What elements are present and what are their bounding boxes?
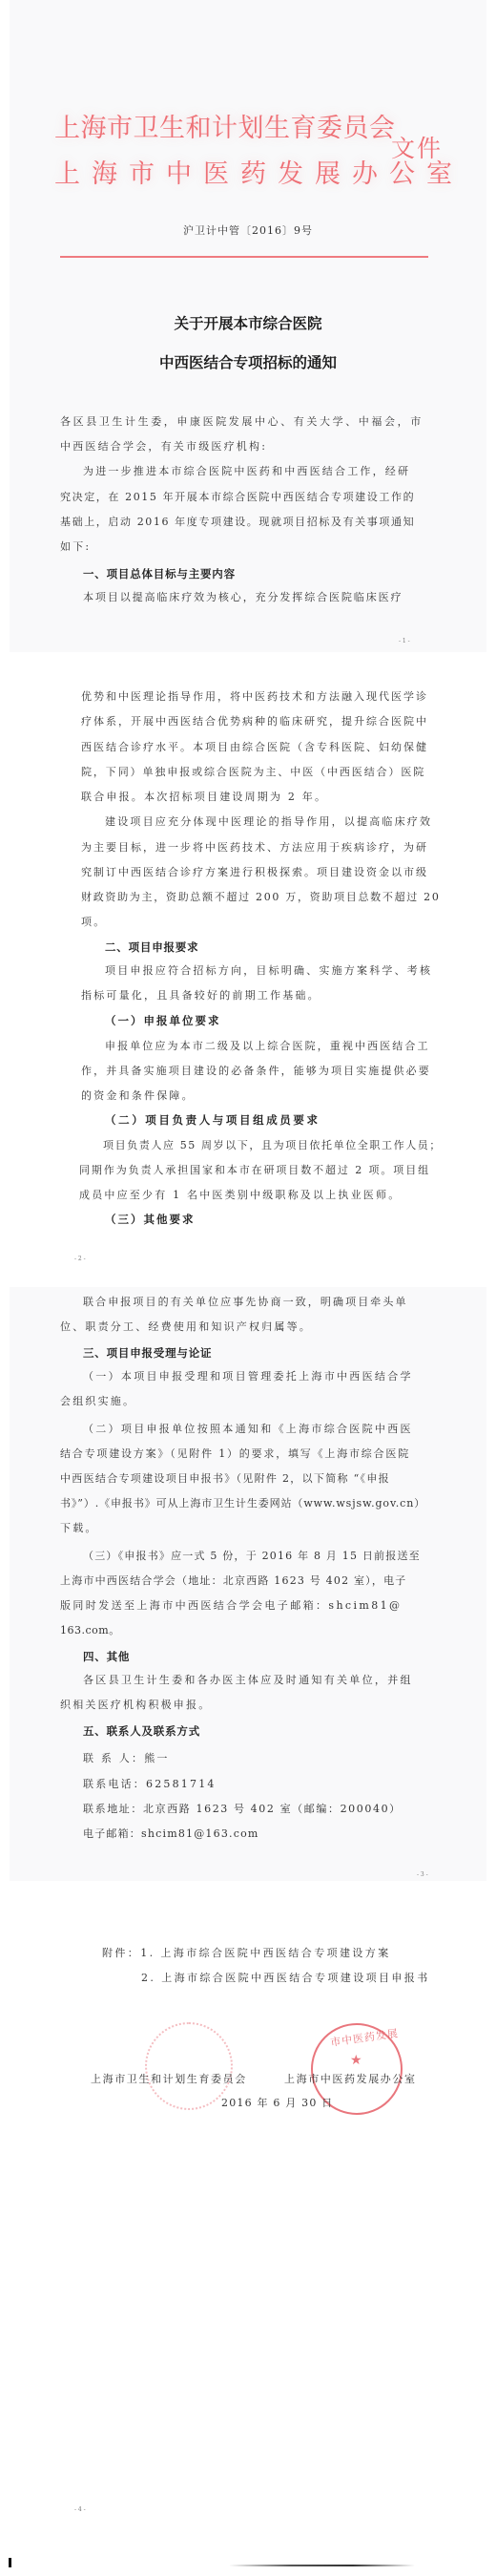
para-line: 下载。 [60, 1516, 98, 1542]
section2-heading: 二、项目申报要求 [105, 940, 198, 955]
para-line: （三）《申报书》应一式 5 份，于 2016 年 8 月 15 日前报送至 [83, 1544, 421, 1570]
title-line1: 关于开展本市综合医院 [0, 312, 496, 333]
para-line: 同期作为负责人承担国家和本市在研项目数不超过 2 项。项目组 [79, 1158, 430, 1184]
contact-email-label: 电子邮箱： [83, 1827, 141, 1840]
contact-phone: 联系电话：62581714 [83, 1772, 217, 1798]
title-line2: 中西医结合专项招标的通知 [0, 351, 496, 372]
attachment-2: 2. 上海市综合医院中西医结合专项建设项目申报书 [141, 1966, 430, 1992]
attachment-line1: 附件：1. 上海市综合医院中西医结合专项建设方案 [102, 1941, 391, 1967]
contact-phone-value: 62581714 [146, 1778, 217, 1790]
para-line: （二）项目申报单位按照本通知和《上海市综合医院中西医 [83, 1417, 413, 1443]
contact-person-value: 熊一 [144, 1752, 169, 1764]
intro-line: 究决定，在 2015 年开展本市综合医院中西医结合专项建设工作的 [60, 485, 415, 511]
intro-line: 如下: [60, 535, 91, 560]
para-line: 版同时发送至上海市中西医结合学会电子邮箱：shcim81@ [60, 1594, 402, 1619]
scan-bottom-shadow [229, 2565, 415, 2566]
para-line: 作，并具备实施项目建设的必备条件，能够为项目实施提供必要 [81, 1059, 431, 1085]
para-line: 的资金和条件保障。 [81, 1084, 195, 1109]
para-line: 项目申报应符合招标方向，目标明确、实施方案科学、考核 [105, 959, 432, 984]
seal-star-icon: ★ [350, 2053, 362, 2068]
letterhead-divider [60, 256, 428, 258]
contact-address-value: 北京西路 1623 号 402 室（邮编：200040） [143, 1803, 402, 1815]
para-line: 优势和中医理论指导作用，将中医药技术和方法融入现代医学诊 [81, 685, 428, 710]
para-line: 指标可量化，且具备较好的前期工作基础。 [81, 983, 320, 1009]
para-line: 位、职责分工、经费使用和知识产权归属等。 [60, 1315, 312, 1341]
para-line: 书》”）.《申报书》可从上海市卫生计生委网站（www.wsjsw.gov.cn） [60, 1491, 425, 1517]
contact-address-label: 联系地址： [83, 1803, 143, 1815]
section3-heading: 三、项目申报受理与论证 [83, 1345, 212, 1361]
page-number: - 4 - [74, 2506, 86, 2513]
sub3-heading: （三）其他要求 [105, 1212, 196, 1227]
letterhead-org-line1: 上海市卫生和计划生育委员会 [54, 107, 396, 144]
para-line: 财政资助为主，资助总额不超过 200 万，资助项目总数不超过 20 [81, 885, 441, 911]
contact-email-value: shcim81@163.com [141, 1827, 259, 1840]
intro-line: 为进一步推进本市综合医院中医药和中西医结合工作，经研 [83, 459, 410, 485]
para-line: 各区县卫生计生委和各办医主体应及时通知有关单位，并组 [83, 1668, 413, 1694]
sub2-heading: （二）项目负责人与项目组成员要求 [105, 1112, 320, 1128]
document-number: 沪卫计中管〔2016〕9号 [0, 222, 496, 238]
para-line: 成员中应至少有 1 名中医类别中级职称及以上执业医师。 [79, 1183, 401, 1209]
para-line: 上海市中西医结合学会（地址：北京西路 1623 号 402 室），电子 [60, 1569, 406, 1594]
section1-first-line: 本项目以提高临床疗效为核心，充分发挥综合医院临床医疗 [83, 585, 403, 611]
sub1-heading: （一）申报单位要求 [105, 1013, 221, 1028]
official-seal-health-commission [145, 2022, 233, 2110]
para-line: 西医结合诊疗水平。本项目由综合医院（含专科医院、妇幼保健 [81, 735, 428, 761]
para-line: 结合专项建设方案》（见附件 1）的要求，填写《上海市综合医院 [60, 1442, 410, 1467]
para-line: 疗体系，开展中西医结合优势病种的临床研究，提升综合医院中 [81, 709, 428, 735]
section4-heading: 四、其他 [83, 1649, 130, 1664]
intro-line: 基础上，启动 2016 年度专项建设。现就项目招标及有关事项通知 [60, 510, 415, 536]
signer-tcm-office: 上海市中医药发展办公室 [284, 2067, 417, 2093]
letterhead-suffix: 文件 [391, 130, 443, 164]
contact-person: 联 系 人：熊一 [83, 1746, 170, 1772]
issue-date: 2016 年 6 月 30 日 [221, 2091, 333, 2117]
attachments-label: 附件： [102, 1947, 140, 1959]
section5-heading: 五、联系人及联系方式 [83, 1723, 200, 1739]
contact-phone-label: 联系电话： [83, 1778, 146, 1790]
contact-email: 电子邮箱：shcim81@163.com [83, 1822, 259, 1848]
para-line: 建设项目应充分体现中医理论的指导作用，以提高临床疗效 [105, 810, 432, 835]
para-line: 为主要目标，进一步将中医药技术、方法应用于疾病诊疗，为研 [81, 835, 428, 861]
section1-heading: 一、项目总体目标与主要内容 [83, 566, 236, 581]
para-line: 院，下同）单独申报或综合医院为主、中医（中西医结合）医院 [81, 760, 425, 786]
addressee-line2: 中西医结合学会，有关市级医疗机构: [60, 434, 267, 460]
para-line: 申报单位应为本市二级及以上综合医院，重视中西医结合工 [105, 1034, 430, 1060]
para-line: 项目负责人应 55 周岁以下，且为项目依托单位全职工作人员； [103, 1133, 442, 1159]
para-line: 联合申报项目的有关单位应事先协商一致，明确项目牵头单 [83, 1290, 408, 1316]
para-line: 163.com。 [60, 1618, 120, 1644]
para-line: 究制订中西医结合诊疗方案进行积极探索。项目建设资金以市级 [81, 860, 428, 886]
contact-person-label: 联 系 人： [83, 1752, 144, 1764]
para-line: 联合申报。本次招标项目建设周期为 2 年。 [81, 785, 327, 811]
contact-address: 联系地址：北京西路 1623 号 402 室（邮编：200040） [83, 1797, 402, 1823]
para-line: 织相关医疗机构积极申报。 [60, 1693, 211, 1719]
page-number: - 1 - [399, 638, 410, 644]
page-number: - 3 - [417, 1871, 428, 1878]
page-number: - 2 - [74, 1256, 86, 1262]
para-line: 项。 [81, 910, 106, 936]
attachment-1: 1. 上海市综合医院中西医结合专项建设方案 [140, 1947, 390, 1959]
scan-edge-mark [9, 2558, 11, 2567]
signer-health-commission: 上海市卫生和计划生育委员会 [91, 2067, 247, 2093]
para-line: （一）本项目申报受理和项目管理委托上海市中西医结合学 [83, 1364, 413, 1390]
para-line: 中西医结合专项建设项目申报书》（见附件 2，以下简称 “《申报 [60, 1467, 390, 1492]
addressee-line1: 各区县卫生计生委，申康医院发展中心、有关大学、中福会，市 [60, 410, 424, 435]
para-line: 会组织实施。 [60, 1389, 135, 1415]
